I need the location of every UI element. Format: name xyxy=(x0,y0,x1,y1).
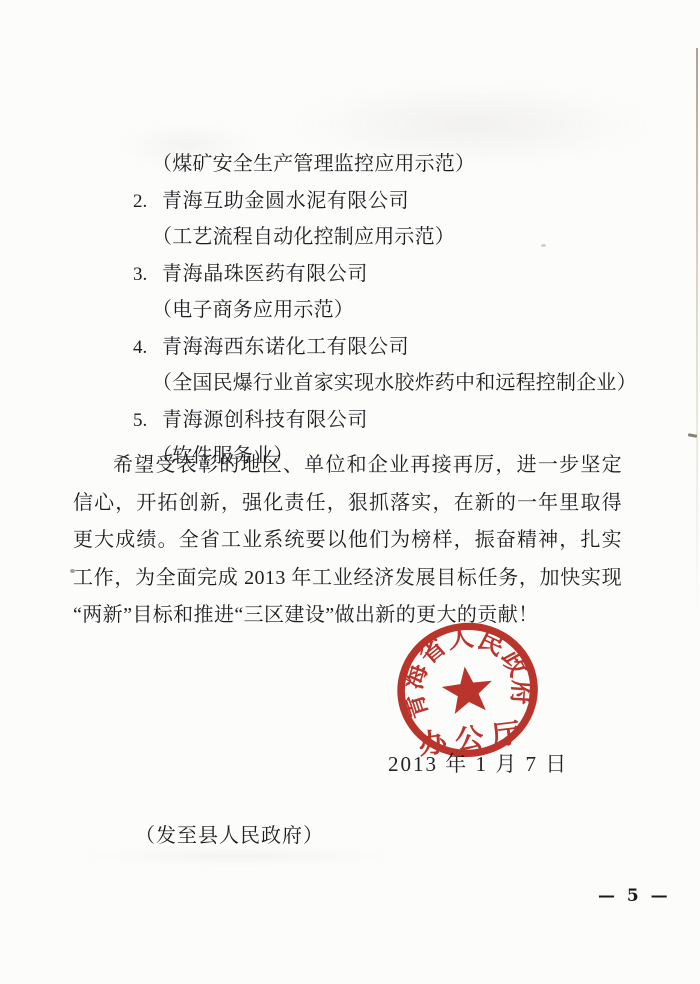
list-number: 3. xyxy=(133,257,162,294)
distribution-note: （发至县人民政府） xyxy=(135,819,324,848)
company-note: （电子商务应用示范） xyxy=(0,292,680,329)
company-list: （煤矿安全生产管理监控应用示范） 2.青海互助金圆水泥有限公司 （工艺流程自动化… xyxy=(0,146,680,475)
seal-bottom-text: 办公厅 xyxy=(416,716,530,761)
document-page: （煤矿安全生产管理监控应用示范） 2.青海互助金圆水泥有限公司 （工艺流程自动化… xyxy=(0,0,700,984)
company-item: 4.青海海西东诺化工有限公司 xyxy=(0,329,680,366)
star-icon xyxy=(440,663,496,715)
seal-graphic: 青海省人民政府 办公厅 xyxy=(384,612,553,774)
scan-ghost-smudge xyxy=(88,848,388,864)
company-note: （全国民爆行业首家实现水胶炸药中和远程控制企业） xyxy=(0,365,680,402)
company-note: （煤矿安全生产管理监控应用示范） xyxy=(0,146,680,183)
company-note: （工艺流程自动化控制应用示范） xyxy=(0,219,680,256)
official-seal: 青海省人民政府 办公厅 xyxy=(384,612,553,774)
scan-edge-mark xyxy=(688,433,697,438)
company-item: 2.青海互助金圆水泥有限公司 xyxy=(0,183,680,220)
company-name: 青海海西东诺化工有限公司 xyxy=(162,336,409,358)
company-item: 5.青海源创科技有限公司 xyxy=(0,402,680,439)
company-name: 青海互助金圆水泥有限公司 xyxy=(162,190,409,212)
company-name: 青海源创科技有限公司 xyxy=(162,409,368,431)
company-name: 青海晶珠医药有限公司 xyxy=(162,263,368,285)
list-number: 4. xyxy=(133,330,162,367)
closing-paragraph: 希望受表彰的地区、单位和企业再接再厉，进一步坚定信心，开拓创新，强化责任，狠抓落… xyxy=(73,447,622,635)
scan-edge-line xyxy=(696,48,698,618)
list-number: 2. xyxy=(133,184,162,221)
list-number: 5. xyxy=(133,403,162,440)
page-number: — 5 — xyxy=(598,886,671,906)
company-item: 3.青海晶珠医药有限公司 xyxy=(0,256,680,293)
